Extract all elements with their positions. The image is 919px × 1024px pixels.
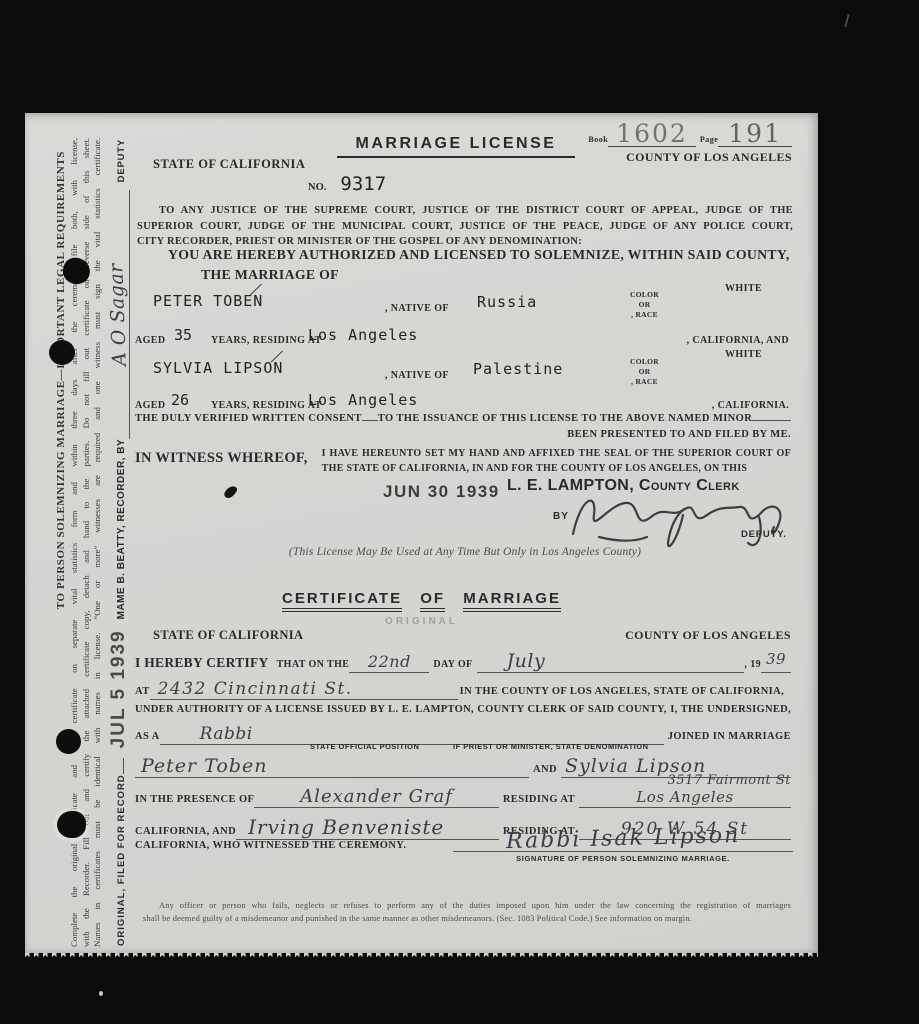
margin-deputy-label: DEPUTY <box>116 139 127 182</box>
certificate-title-word: OF <box>420 590 445 612</box>
penalty-fine-print: Any officer or person who fails, neglect… <box>143 900 791 925</box>
book-label: Book <box>588 135 608 144</box>
license-no-value: 9317 <box>340 173 386 195</box>
original-watermark: ORIGINAL <box>25 616 818 627</box>
consent-filed: BEEN PRESENTED TO AND FILED BY ME. <box>445 429 791 440</box>
address-handwritten: 2432 Cincinnati St. <box>158 679 353 699</box>
bride-color-race-label: COLOR OR , RACE <box>630 357 659 386</box>
and-label: AND <box>533 764 557 775</box>
fine-print-line1: Any officer or person who fails, neglect… <box>143 900 791 913</box>
solemnizer-signature-caption: SIGNATURE OF PERSON SOLEMNIZING MARRIAGE… <box>453 854 793 863</box>
groom-name: PETER TOBEN <box>153 292 263 310</box>
year-prefix: , 19 <box>744 659 761 670</box>
bride-aged-label: AGED <box>135 400 166 411</box>
day-blank: 22nd <box>349 652 429 673</box>
page-number: 191 <box>718 121 792 147</box>
groom-sign-blank: Peter Toben <box>135 755 529 778</box>
witness2-handwritten: Irving Benveniste <box>248 815 444 839</box>
bride-residing-label: YEARS, RESIDING AT <box>211 400 322 411</box>
bride-residence-value: Los Angeles <box>308 391 418 409</box>
margin-blank-line <box>121 758 124 774</box>
license-no-label: NO. <box>308 182 326 193</box>
presence-label: IN THE PRESENCE OF <box>135 794 254 805</box>
bride-race-value: WHITE <box>725 349 762 360</box>
witness1-blank: Alexander Graf <box>254 786 498 808</box>
margin-filed-label: ORIGINAL, FILED FOR RECORD <box>116 774 127 946</box>
month-blank: July <box>477 650 745 673</box>
page-label: Page <box>700 135 718 144</box>
deputy-label: DEPUTY. <box>741 529 787 540</box>
year-handwritten: 39 <box>766 650 786 668</box>
denomination-label: IF PRIEST OR MINISTER, STATE DENOMINATIO… <box>453 742 649 751</box>
bride-age-value: 26 <box>171 391 189 409</box>
official-position-label: STATE OFFICIAL POSITION <box>310 742 419 751</box>
license-date-stamp: JUN 30 1939 <box>383 482 500 502</box>
margin-signature-line: A O Sagar <box>107 190 130 439</box>
groom-aged-label: AGED <box>135 335 166 346</box>
witnessed-ceremony-line: CALIFORNIA, WHO WITNESSED THE CEREMONY. <box>135 840 406 851</box>
cert-county-heading: COUNTY OF LOS ANGELES <box>585 628 791 643</box>
groom-handwritten: Peter Toben <box>141 755 267 777</box>
addressees-line1: TO ANY JUSTICE OF THE SUPREME COURT, JUS… <box>137 203 793 219</box>
groom-race-value: WHITE <box>725 283 762 294</box>
authorization-line1: YOU ARE HEREBY AUTHORIZED AND LICENSED T… <box>168 247 790 263</box>
bride-name: SYLVIA LIPSON <box>153 359 283 377</box>
punch-hole <box>56 729 81 754</box>
groom-state-suffix: , CALIFORNIA, AND <box>659 335 789 346</box>
at-label: AT <box>135 686 150 697</box>
certificate-title: CERTIFICATE OF MARRIAGE <box>25 590 818 607</box>
filed-date-stamp: JUL 5 1939 <box>108 629 130 748</box>
scratch-mark <box>844 14 849 27</box>
as-a-label: AS A <box>135 731 160 742</box>
solemnizer-signature-block: Rabbi Isak Lipson SIGNATURE OF PERSON SO… <box>453 826 793 863</box>
fine-print-line2: shall be deemed guilty of a misdemeanor … <box>143 913 791 926</box>
addressees-line2: SUPERIOR COURT, JUDGE OF THE MUNICIPAL C… <box>137 219 793 235</box>
consent-blank1 <box>362 418 378 421</box>
year-blank: 39 <box>761 653 791 673</box>
cert-state-heading: STATE OF CALIFORNIA <box>153 628 303 643</box>
groom-residing-label: YEARS, RESIDING AT <box>211 335 322 346</box>
day-handwritten: 22nd <box>368 652 411 671</box>
authority-line: UNDER AUTHORITY OF A LICENSE ISSUED BY L… <box>135 704 791 715</box>
authorization-line2: THE MARRIAGE OF <box>201 267 339 283</box>
witness-line1: I HAVE HEREUNTO SET MY HAND AND AFFIXED … <box>322 446 791 461</box>
margin-paragraph-line3: Names in certificates must be identical … <box>92 135 104 950</box>
book-number: 1602 <box>608 121 696 147</box>
month-handwritten: July <box>507 650 546 672</box>
residence1-street-handwritten: 3517 Fairmont St <box>668 773 792 788</box>
witness-whereof-label: IN WITNESS WHEREOF, <box>135 450 308 467</box>
punch-hole <box>49 340 75 365</box>
residence1-city-handwritten: Los Angeles <box>636 788 733 806</box>
book-page-block: Book 1602 Page 191 COUNTY OF LOS ANGELES <box>547 121 792 165</box>
joined-label: JOINED IN MARRIAGE <box>668 731 791 742</box>
certificate-title-word: MARRIAGE <box>463 590 561 612</box>
bride-native-value: Palestine <box>473 360 563 378</box>
license-title: MARRIAGE LICENSE <box>337 135 575 158</box>
bride-native-label: , NATIVE OF <box>385 370 449 381</box>
marriage-license-document: TO PERSON SOLEMNIZING MARRIAGE—IMPORTANT… <box>25 113 818 953</box>
state-heading: STATE OF CALIFORNIA <box>153 157 305 172</box>
consent-post: TO THE ISSUANCE OF THIS LICENSE TO THE A… <box>378 413 752 424</box>
in-county-label: IN THE COUNTY OF LOS ANGELES, STATE OF C… <box>460 686 785 697</box>
groom-color-race-label: COLOR OR , RACE <box>630 290 659 319</box>
that-on-label: THAT ON THE <box>277 659 350 670</box>
groom-residence-value: Los Angeles <box>308 326 418 344</box>
punch-hole <box>57 811 86 838</box>
addressees-paragraph: TO ANY JUSTICE OF THE SUPREME COURT, JUS… <box>137 203 793 250</box>
witness1-handwritten: Alexander Graf <box>300 786 453 807</box>
groom-native-value: Russia <box>477 293 537 311</box>
role-handwritten: Rabbi <box>200 724 253 744</box>
paper-speck <box>99 991 103 996</box>
consent-blank2 <box>752 418 791 421</box>
certificate-title-word: CERTIFICATE <box>282 590 402 612</box>
certify-label: I HEREBY CERTIFY <box>135 655 269 671</box>
license-usage-note: (This License May Be Used at Any Time Bu… <box>245 546 685 558</box>
day-of-label: DAY OF <box>433 659 472 670</box>
california-and-label: CALIFORNIA, AND <box>135 826 236 837</box>
residence1-blank: Los Angeles 3517 Fairmont St <box>579 788 791 808</box>
groom-native-label: , NATIVE OF <box>385 303 449 314</box>
margin-deputy-signature: A O Sagar <box>105 263 131 367</box>
bride-state-suffix: , CALIFORNIA. <box>659 400 789 411</box>
county-heading: COUNTY OF LOS ANGELES <box>547 150 792 165</box>
residing1-label: RESIDING AT <box>503 794 575 805</box>
consent-pre: THE DULY VERIFIED WRITTEN CONSENT <box>135 413 362 424</box>
witness-line2: THE STATE OF CALIFORNIA, IN AND FOR THE … <box>322 461 791 476</box>
solemnizer-signature: Rabbi Isak Lipson <box>506 823 741 854</box>
address-blank: 2432 Cincinnati St. <box>150 679 458 700</box>
ink-blot <box>223 484 239 501</box>
groom-age-value: 35 <box>174 326 192 344</box>
